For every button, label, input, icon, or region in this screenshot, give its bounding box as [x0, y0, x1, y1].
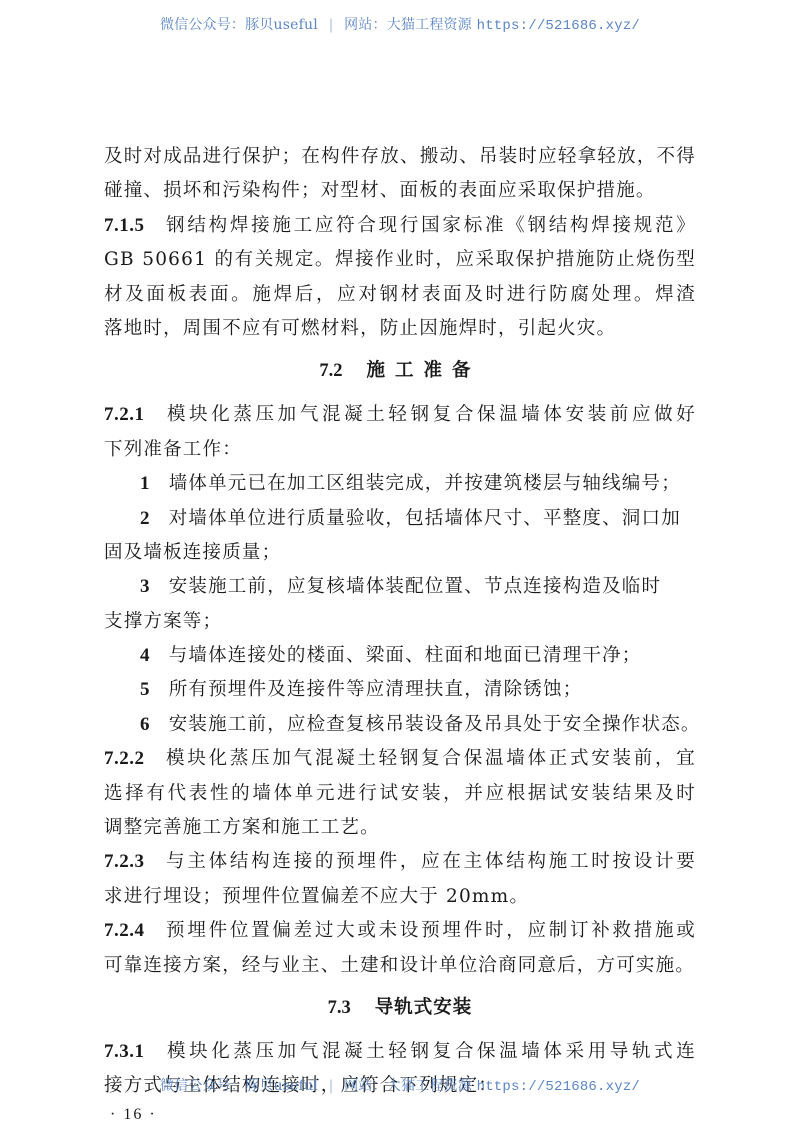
clause-7-2-3: 7.2.3与主体结构连接的预埋件，应在主体结构施工时按设计要	[104, 845, 696, 879]
paragraph-line: 下列准备工作：	[104, 433, 696, 467]
clause-7-3-1: 7.3.1模块化蒸压加气混凝土轻钢复合保温墙体采用导轨式连	[104, 1035, 696, 1069]
watermark-bottom: 微信公众号：豚贝useful | 网站：大猫工程资源 https://52168…	[0, 1075, 800, 1095]
item-number: 3	[140, 570, 151, 604]
section-number: 7.3	[328, 998, 351, 1018]
item-text: 安装施工前，应检查复核吊装设备及吊具处于安全操作状态。	[169, 714, 701, 735]
paragraph-line: 求进行埋设；预埋件位置偏差不应大于 20mm。	[104, 880, 696, 914]
clause-7-2-2: 7.2.2模块化蒸压加气混凝土轻钢复合保温墙体正式安装前，宜	[104, 742, 696, 776]
watermark-separator: |	[329, 1078, 334, 1094]
watermark-separator: |	[329, 17, 334, 33]
clause-number: 7.2.3	[104, 851, 145, 872]
page-number: · 16 ·	[110, 1106, 696, 1124]
paragraph-line: 调整完善施工方案和施工工艺。	[104, 811, 696, 845]
list-item-3: 3安装施工前，应复核墙体装配位置、节点连接构造及临时	[104, 570, 696, 604]
clause-number: 7.2.1	[104, 404, 145, 425]
clause-text: 模块化蒸压加气混凝土轻钢复合保温墙体正式安装前，宜	[165, 748, 697, 769]
clause-text: 模块化蒸压加气混凝土轻钢复合保温墙体采用导轨式连	[165, 1041, 697, 1062]
item-text: 与墙体连接处的楼面、梁面、柱面和地面已清理干净；	[169, 645, 642, 666]
clause-text: 模块化蒸压加气混凝土轻钢复合保温墙体安装前应做好	[165, 404, 697, 425]
list-item-6: 6安装施工前，应检查复核吊装设备及吊具处于安全操作状态。	[104, 708, 696, 742]
clause-number: 7.1.5	[104, 215, 145, 236]
list-item-4: 4与墙体连接处的楼面、梁面、柱面和地面已清理干净；	[104, 639, 696, 673]
paragraph-line: 及时对成品进行保护；在构件存放、搬动、吊装时应轻拿轻放，不得	[104, 140, 696, 174]
paragraph-line: 固及墙板连接质量；	[104, 536, 696, 570]
list-item-1: 1墙体单元已在加工区组装完成，并按建筑楼层与轴线编号；	[104, 467, 696, 501]
paragraph-line: 选择有代表性的墙体单元进行试安装，并应根据试安装结果及时	[104, 777, 696, 811]
item-number: 2	[140, 502, 151, 536]
clause-number: 7.3.1	[104, 1041, 145, 1062]
paragraph-line: 落地时，周围不应有可燃材料，防止因施焊时，引起火灾。	[104, 312, 696, 346]
watermark-wechat: 微信公众号：豚贝useful	[160, 1078, 318, 1094]
item-text: 墙体单元已在加工区组装完成，并按建筑楼层与轴线编号；	[169, 473, 681, 494]
item-text: 安装施工前，应复核墙体装配位置、节点连接构造及临时	[169, 576, 662, 597]
paragraph-line: 碰撞、损坏和污染构件；对型材、面板的表面应采取保护措施。	[104, 174, 696, 208]
section-heading-7-2: 7.2施工准备	[104, 346, 696, 398]
clause-7-2-4: 7.2.4预埋件位置偏差过大或未设预埋件时，应制订补救措施或	[104, 914, 696, 948]
paragraph-line: 可靠连接方案，经与业主、土建和设计单位洽商同意后，方可实施。	[104, 949, 696, 983]
watermark-url: https://521686.xyz/	[477, 18, 640, 34]
paragraph-line: 支撑方案等；	[104, 605, 696, 639]
item-number: 5	[140, 673, 151, 707]
section-number: 7.2	[319, 361, 342, 381]
section-title: 施工准备	[367, 360, 481, 381]
clause-7-1-5: 7.1.5钢结构焊接施工应符合现行国家标准《钢结构焊接规范》	[104, 209, 696, 243]
watermark-wechat: 微信公众号：豚贝useful	[160, 17, 318, 33]
clause-7-2-1: 7.2.1模块化蒸压加气混凝土轻钢复合保温墙体安装前应做好	[104, 398, 696, 432]
item-number: 4	[140, 639, 151, 673]
watermark-site-label: 网站：大猫工程资源	[344, 1078, 472, 1094]
clause-number: 7.2.2	[104, 748, 145, 769]
watermark-top: 微信公众号：豚贝useful | 网站：大猫工程资源 https://52168…	[0, 14, 800, 34]
clause-text: 预埋件位置偏差过大或未设预埋件时，应制订补救措施或	[165, 920, 697, 941]
section-heading-7-3: 7.3导轨式安装	[104, 983, 696, 1035]
document-page: 及时对成品进行保护；在构件存放、搬动、吊装时应轻拿轻放，不得 碰撞、损坏和污染构…	[104, 140, 696, 1124]
item-text: 对墙体单位进行质量验收，包括墙体尺寸、平整度、洞口加	[169, 508, 681, 529]
clause-number: 7.2.4	[104, 920, 145, 941]
section-title: 导轨式安装	[375, 997, 473, 1018]
watermark-site-label: 网站：大猫工程资源	[344, 17, 472, 33]
item-text: 所有预埋件及连接件等应清理扶直，清除锈蚀；	[169, 679, 583, 700]
paragraph-line: 材及面板表面。施焊后，应对钢材表面及时进行防腐处理。焊渣	[104, 278, 696, 312]
item-number: 6	[140, 708, 151, 742]
clause-text: 钢结构焊接施工应符合现行国家标准《钢结构焊接规范》	[165, 215, 697, 236]
list-item-5: 5所有预埋件及连接件等应清理扶直，清除锈蚀；	[104, 673, 696, 707]
watermark-url: https://521686.xyz/	[477, 1079, 640, 1095]
list-item-2: 2对墙体单位进行质量验收，包括墙体尺寸、平整度、洞口加	[104, 502, 696, 536]
clause-text: 与主体结构连接的预埋件，应在主体结构施工时按设计要	[165, 851, 697, 872]
item-number: 1	[140, 467, 151, 501]
paragraph-line: GB 50661 的有关规定。焊接作业时，应采取保护措施防止烧伤型	[104, 243, 696, 277]
